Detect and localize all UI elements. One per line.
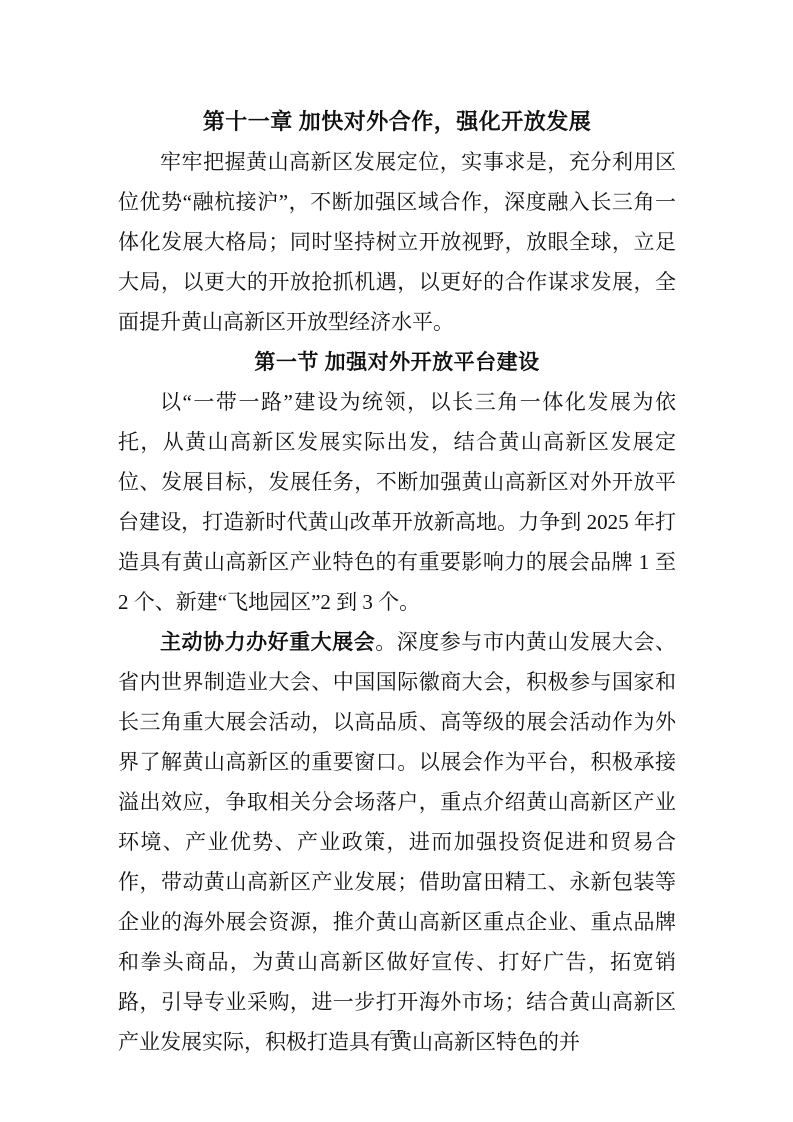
paragraph-3-bold-lead: 主动协力办好重大展会 <box>160 630 375 654</box>
paragraph-2: 以“一带一路”建设为统领，以长三角一体化发展为依托，从黄山高新区发展实际出发，结… <box>118 382 676 622</box>
chapter-title: 第十一章 加快对外合作，强化开放发展 <box>118 102 676 142</box>
paragraph-1: 牢牢把握黄山高新区发展定位，实事求是，充分利用区位优势“融杭接沪”，不断加强区域… <box>118 142 676 342</box>
document-content: 第十一章 加快对外合作，强化开放发展 牢牢把握黄山高新区发展定位，实事求是，充分… <box>118 102 676 1062</box>
section-title: 第一节 加强对外开放平台建设 <box>118 342 676 382</box>
paragraph-3: 主动协力办好重大展会。深度参与市内黄山发展大会、省内世界制造业大会、中国国际徽商… <box>118 622 676 1062</box>
page-number: 57 <box>0 1026 793 1046</box>
document-page: 第十一章 加快对外合作，强化开放发展 牢牢把握黄山高新区发展定位，实事求是，充分… <box>0 0 793 1122</box>
paragraph-3-text: 。深度参与市内黄山发展大会、省内世界制造业大会、中国国际徽商大会，积极参与国家和… <box>118 630 676 1054</box>
